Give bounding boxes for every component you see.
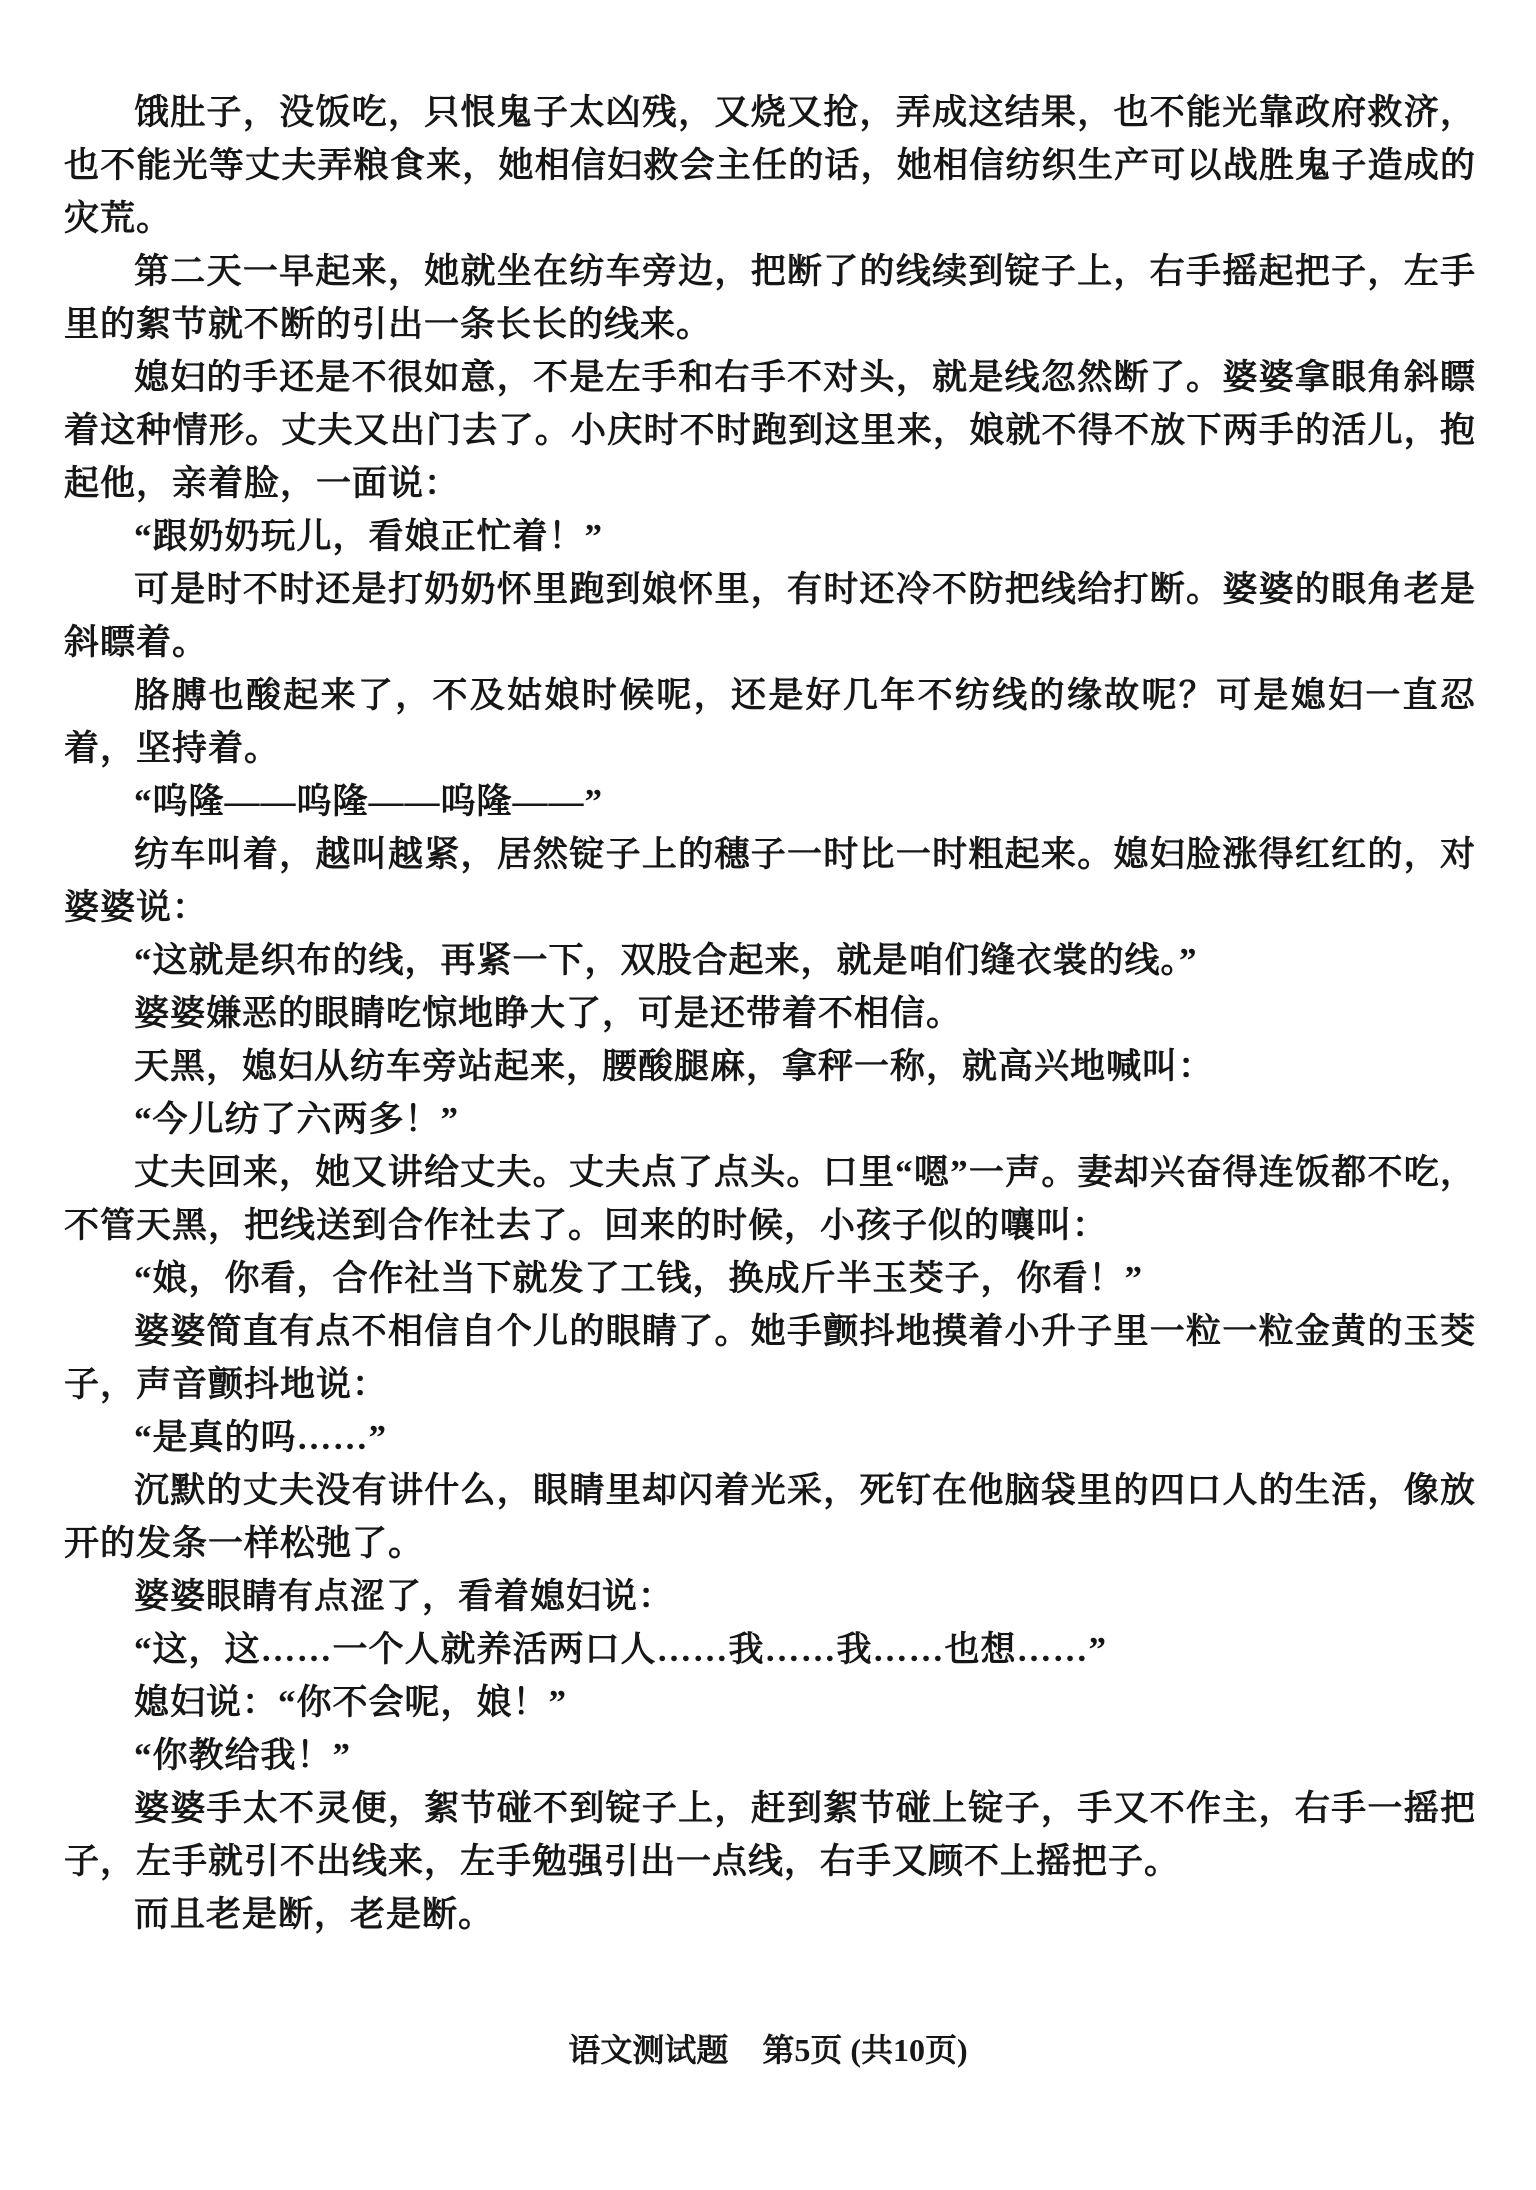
paragraph: 丈夫回来，她又讲给丈夫。丈夫点了点头。口里“嗯”一声。妻却兴奋得连饭都不吃，不管… bbox=[64, 1146, 1476, 1252]
paragraph: 胳膊也酸起来了，不及姑娘时候呢，还是好几年不纺线的缘故呢？可是媳妇一直忍着，坚持… bbox=[64, 669, 1476, 775]
paragraph-dialogue: “今儿纺了六两多！” bbox=[64, 1093, 1476, 1146]
paragraph: 天黑，媳妇从纺车旁站起来，腰酸腿麻，拿秤一称，就高兴地喊叫： bbox=[64, 1040, 1476, 1093]
paragraph-dialogue: “娘，你看，合作社当下就发了工钱，换成斤半玉茭子，你看！” bbox=[64, 1252, 1476, 1305]
paragraph-dialogue: “跟奶奶玩儿，看娘正忙着！” bbox=[64, 510, 1476, 563]
paragraph: 而且老是断，老是断。 bbox=[64, 1888, 1476, 1941]
paragraph-dialogue: “呜隆——呜隆——呜隆——” bbox=[64, 775, 1476, 828]
passage-text: 饿肚子，没饭吃，只恨鬼子太凶残，又烧又抢，弄成这结果，也不能光靠政府救济，也不能… bbox=[64, 86, 1476, 1941]
paragraph: 饿肚子，没饭吃，只恨鬼子太凶残，又烧又抢，弄成这结果，也不能光靠政府救济，也不能… bbox=[64, 86, 1476, 245]
paragraph: 可是时不时还是打奶奶怀里跑到娘怀里，有时还冷不防把线给打断。婆婆的眼角老是斜瞟着… bbox=[64, 563, 1476, 669]
paragraph-dialogue: “这就是织布的线，再紧一下，双股合起来，就是咱们缝衣裳的线。” bbox=[64, 934, 1476, 987]
paragraph: 纺车叫着，越叫越紧，居然锭子上的穗子一时比一时粗起来。媳妇脸涨得红红的，对婆婆说… bbox=[64, 828, 1476, 934]
paragraph: 第二天一早起来，她就坐在纺车旁边，把断了的线续到锭子上，右手摇起把子，左手里的絮… bbox=[64, 245, 1476, 351]
paragraph: 婆婆简直有点不相信自个儿的眼睛了。她手颤抖地摸着小升子里一粒一粒金黄的玉茭子，声… bbox=[64, 1305, 1476, 1411]
page-footer: 语文测试题第5页 (共10页) bbox=[0, 2028, 1536, 2072]
paragraph-dialogue: 媳妇说：“你不会呢，娘！” bbox=[64, 1676, 1476, 1729]
footer-page-number: 第5页 (共10页) bbox=[762, 2032, 967, 2068]
document-page: 饿肚子，没饭吃，只恨鬼子太凶残，又烧又抢，弄成这结果，也不能光靠政府救济，也不能… bbox=[0, 0, 1536, 2190]
paragraph: 婆婆嫌恶的眼睛吃惊地睁大了，可是还带着不相信。 bbox=[64, 987, 1476, 1040]
paragraph: 沉默的丈夫没有讲什么，眼睛里却闪着光采，死钉在他脑袋里的四口人的生活，像放开的发… bbox=[64, 1464, 1476, 1570]
paragraph: 婆婆手太不灵便，絮节碰不到锭子上，赶到絮节碰上锭子，手又不作主，右手一摇把子，左… bbox=[64, 1782, 1476, 1888]
paragraph-dialogue: “你教给我！” bbox=[64, 1729, 1476, 1782]
paragraph: 婆婆眼睛有点涩了，看着媳妇说： bbox=[64, 1570, 1476, 1623]
paragraph-dialogue: “是真的吗……” bbox=[64, 1411, 1476, 1464]
footer-doc-title: 语文测试题 bbox=[568, 2032, 728, 2068]
paragraph-dialogue: “这，这……一个人就养活两口人……我……我……也想……” bbox=[64, 1623, 1476, 1676]
paragraph: 媳妇的手还是不很如意，不是左手和右手不对头，就是线忽然断了。婆婆拿眼角斜瞟着这种… bbox=[64, 351, 1476, 510]
